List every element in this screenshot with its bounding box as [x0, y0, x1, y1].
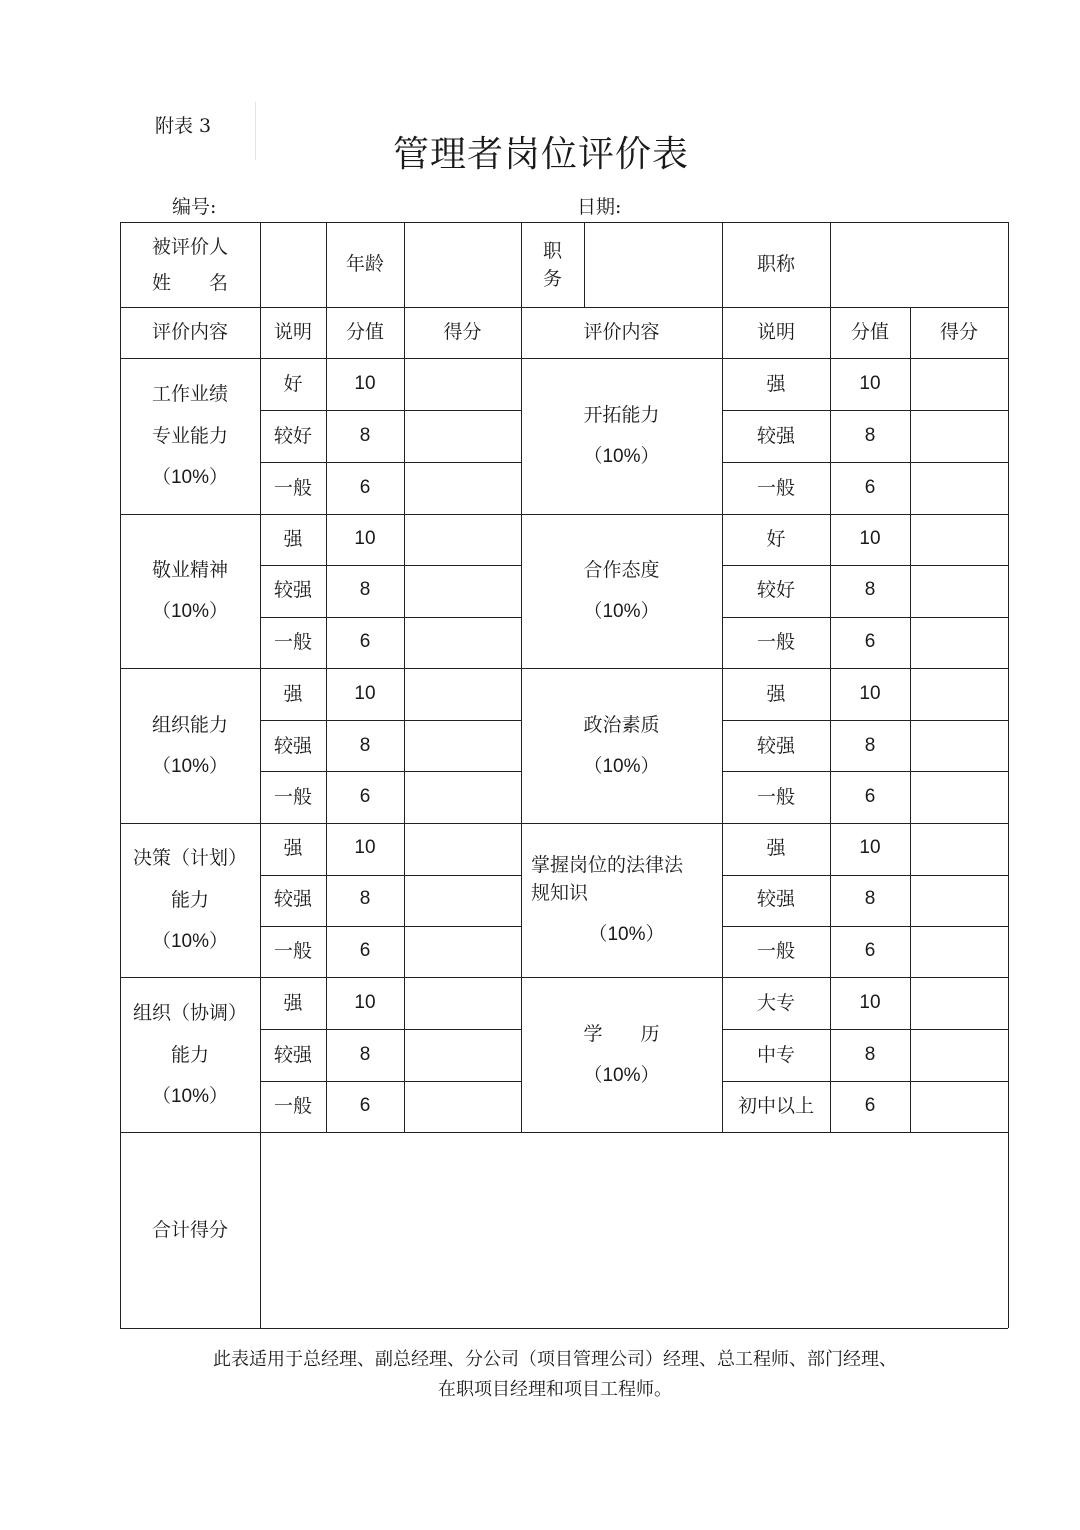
level-desc-left: 一般 — [260, 926, 326, 977]
level-got-right-field[interactable] — [910, 771, 1008, 823]
level-got-right-field[interactable] — [910, 617, 1008, 668]
level-got-left-field[interactable] — [404, 410, 521, 462]
total-field[interactable] — [260, 1132, 1008, 1328]
category-right: 掌握岗位的法律法规知识（10%） — [521, 823, 722, 977]
level-score-left: 10 — [326, 823, 404, 874]
position-label: 职 务 — [521, 222, 584, 307]
category-right-line: 开拓能力 — [583, 394, 659, 436]
level-score-right: 8 — [830, 410, 910, 462]
position-label-line1: 职 — [543, 237, 562, 265]
weight-right: （10%） — [588, 921, 664, 949]
level-desc-right: 较好 — [722, 565, 830, 616]
category-left-line: 工作业绩 — [152, 373, 228, 415]
category-left-line: 组织（协调） — [133, 992, 247, 1034]
category-left-line: 专业能力 — [152, 415, 228, 457]
level-desc-right: 一般 — [722, 462, 830, 514]
weight-right: （10%） — [583, 746, 659, 788]
level-got-left-field[interactable] — [404, 617, 521, 668]
level-desc-left: 强 — [260, 977, 326, 1029]
number-label: 编号: — [172, 192, 216, 219]
category-right-line: 规知识 — [531, 879, 588, 907]
level-desc-left: 较强 — [260, 565, 326, 616]
level-desc-left: 一般 — [260, 462, 326, 514]
level-score-right: 10 — [830, 823, 910, 874]
title-field[interactable] — [830, 222, 1008, 307]
level-got-left-field[interactable] — [404, 771, 521, 823]
date-label: 日期: — [577, 192, 621, 219]
level-desc-right: 初中以上 — [722, 1080, 830, 1132]
col-header-score-left: 分值 — [326, 307, 404, 358]
col-header-score-right: 分值 — [830, 307, 910, 358]
level-got-left-field[interactable] — [404, 1080, 521, 1132]
table-border-right — [1008, 222, 1009, 1328]
table-border-bottom — [120, 1328, 1008, 1329]
level-score-left: 8 — [326, 720, 404, 772]
category-right: 学 历（10%） — [521, 977, 722, 1132]
category-right-line: 掌握岗位的法律法 — [531, 851, 683, 879]
col-header-got-left: 得分 — [404, 307, 521, 358]
level-desc-right: 中专 — [722, 1029, 830, 1081]
footer-note: 此表适用于总经理、副总经理、分公司（项目管理公司）经理、总工程师、部门经理、 在… — [0, 1345, 1080, 1405]
level-score-right: 8 — [830, 874, 910, 925]
col-header-desc-right: 说明 — [722, 307, 830, 358]
level-got-left-field[interactable] — [404, 514, 521, 565]
level-score-left: 8 — [326, 1029, 404, 1081]
col-header-desc-left: 说明 — [260, 307, 326, 358]
level-score-right: 8 — [830, 565, 910, 616]
level-score-left: 6 — [326, 1080, 404, 1132]
level-desc-right: 一般 — [722, 617, 830, 668]
category-right: 开拓能力（10%） — [521, 358, 722, 514]
level-desc-left: 一般 — [260, 1080, 326, 1132]
level-got-right-field[interactable] — [910, 462, 1008, 514]
level-desc-right: 一般 — [722, 771, 830, 823]
level-desc-right: 强 — [722, 358, 830, 410]
name-field[interactable] — [260, 222, 326, 307]
weight-left: （10%） — [152, 457, 228, 499]
level-score-left: 6 — [326, 462, 404, 514]
level-score-left: 6 — [326, 771, 404, 823]
level-got-right-field[interactable] — [910, 565, 1008, 616]
level-got-left-field[interactable] — [404, 668, 521, 720]
level-got-left-field[interactable] — [404, 720, 521, 772]
level-got-left-field[interactable] — [404, 1029, 521, 1081]
weight-left: （10%） — [152, 746, 228, 788]
level-got-left-field[interactable] — [404, 358, 521, 410]
weight-left: （10%） — [152, 1076, 228, 1118]
category-left-line: 敬业精神 — [152, 549, 228, 591]
level-desc-right: 好 — [722, 514, 830, 565]
level-desc-left: 一般 — [260, 617, 326, 668]
level-got-right-field[interactable] — [910, 1029, 1008, 1081]
category-left: 决策（计划）能力（10%） — [120, 823, 260, 977]
category-left-line: 决策（计划） — [133, 837, 247, 879]
level-got-right-field[interactable] — [910, 668, 1008, 720]
level-score-left: 6 — [326, 617, 404, 668]
age-label: 年龄 — [326, 222, 404, 307]
level-score-left: 10 — [326, 977, 404, 1029]
category-right-line: 学 历 — [583, 1013, 659, 1055]
category-right-line: 合作态度 — [583, 549, 659, 591]
level-score-right: 6 — [830, 617, 910, 668]
level-got-right-field[interactable] — [910, 1080, 1008, 1132]
level-desc-left: 较强 — [260, 1029, 326, 1081]
level-score-right: 10 — [830, 358, 910, 410]
level-score-left: 10 — [326, 514, 404, 565]
category-right-line: 政治素质 — [583, 704, 659, 746]
name-label: 被评价人 姓 名 — [120, 222, 260, 307]
age-field[interactable] — [404, 222, 521, 307]
name-label-line2: 姓 名 — [152, 265, 228, 301]
level-desc-left: 较好 — [260, 410, 326, 462]
total-label: 合计得分 — [120, 1132, 260, 1328]
level-score-right: 6 — [830, 771, 910, 823]
level-got-left-field[interactable] — [404, 565, 521, 616]
level-got-left-field[interactable] — [404, 926, 521, 977]
level-got-right-field[interactable] — [910, 823, 1008, 874]
level-score-right: 10 — [830, 514, 910, 565]
level-desc-left: 强 — [260, 823, 326, 874]
category-right: 合作态度（10%） — [521, 514, 722, 668]
level-got-right-field[interactable] — [910, 410, 1008, 462]
level-score-left: 8 — [326, 874, 404, 925]
weight-right: （10%） — [583, 436, 659, 478]
category-left: 工作业绩专业能力（10%） — [120, 358, 260, 514]
level-desc-left: 一般 — [260, 771, 326, 823]
level-desc-right: 较强 — [722, 874, 830, 925]
level-got-right-field[interactable] — [910, 720, 1008, 772]
category-left-line: 能力 — [171, 1034, 209, 1076]
category-left-line: 能力 — [171, 879, 209, 921]
col-header-got-right: 得分 — [910, 307, 1008, 358]
category-left: 组织能力（10%） — [120, 668, 260, 823]
title-label: 职称 — [722, 222, 830, 307]
level-score-left: 10 — [326, 358, 404, 410]
level-score-right: 10 — [830, 977, 910, 1029]
level-score-right: 6 — [830, 926, 910, 977]
level-score-left: 8 — [326, 410, 404, 462]
level-desc-left: 较强 — [260, 720, 326, 772]
level-desc-left: 好 — [260, 358, 326, 410]
level-got-left-field[interactable] — [404, 462, 521, 514]
header-divider — [255, 102, 256, 160]
weight-left: （10%） — [152, 591, 228, 633]
level-score-left: 6 — [326, 926, 404, 977]
category-left: 敬业精神（10%） — [120, 514, 260, 668]
weight-left: （10%） — [152, 921, 228, 963]
level-desc-right: 强 — [722, 668, 830, 720]
level-score-right: 10 — [830, 668, 910, 720]
level-desc-right: 一般 — [722, 926, 830, 977]
level-desc-left: 强 — [260, 668, 326, 720]
col-header-content-left: 评价内容 — [120, 307, 260, 358]
level-got-left-field[interactable] — [404, 823, 521, 874]
page-title: 管理者岗位评价表 — [393, 126, 689, 177]
category-left: 组织（协调）能力（10%） — [120, 977, 260, 1132]
level-score-right: 6 — [830, 1080, 910, 1132]
level-desc-right: 较强 — [722, 410, 830, 462]
category-left-line: 组织能力 — [152, 704, 228, 746]
footer-line-2: 在职项目经理和项目工程师。 — [0, 1375, 1080, 1405]
level-desc-left: 强 — [260, 514, 326, 565]
level-desc-right: 强 — [722, 823, 830, 874]
level-got-right-field[interactable] — [910, 874, 1008, 925]
level-got-left-field[interactable] — [404, 977, 521, 1029]
level-got-right-field[interactable] — [910, 926, 1008, 977]
category-right: 政治素质（10%） — [521, 668, 722, 823]
col-header-content-right: 评价内容 — [521, 307, 722, 358]
level-desc-right: 大专 — [722, 977, 830, 1029]
position-label-line2: 务 — [543, 265, 562, 293]
level-score-left: 10 — [326, 668, 404, 720]
level-got-right-field[interactable] — [910, 358, 1008, 410]
level-score-right: 6 — [830, 462, 910, 514]
level-got-right-field[interactable] — [910, 514, 1008, 565]
footer-line-1: 此表适用于总经理、副总经理、分公司（项目管理公司）经理、总工程师、部门经理、 — [0, 1345, 1080, 1375]
appendix-label: 附表 3 — [155, 111, 211, 138]
position-field[interactable] — [584, 222, 722, 307]
level-desc-right: 较强 — [722, 720, 830, 772]
level-got-left-field[interactable] — [404, 874, 521, 925]
level-score-right: 8 — [830, 720, 910, 772]
level-score-left: 8 — [326, 565, 404, 616]
weight-right: （10%） — [583, 1055, 659, 1097]
level-score-right: 8 — [830, 1029, 910, 1081]
weight-right: （10%） — [583, 591, 659, 633]
level-got-right-field[interactable] — [910, 977, 1008, 1029]
name-label-line1: 被评价人 — [152, 229, 228, 265]
level-desc-left: 较强 — [260, 874, 326, 925]
